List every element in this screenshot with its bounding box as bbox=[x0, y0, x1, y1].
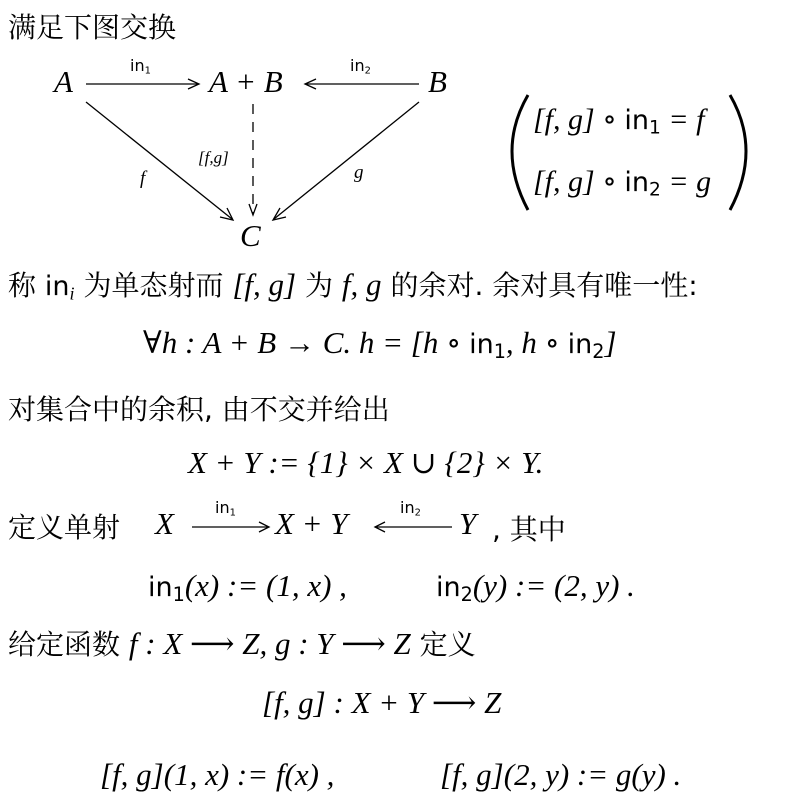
paragraph-given-functions: 给定函数 f : X ⟶ Z, g : Y ⟶ Z 定义 bbox=[8, 624, 476, 665]
copair-signature: [f, g] : X + Y ⟶ Z bbox=[262, 685, 501, 721]
inline-sum: X + Y bbox=[275, 506, 348, 542]
inline-label-in2: in2 bbox=[400, 498, 421, 518]
inline-label-in1: in1 bbox=[215, 498, 236, 518]
inline-y: Y bbox=[459, 506, 476, 542]
injection-definitions: in1(x) := (1, x) , bbox=[148, 568, 347, 606]
copair-definition-2: [f, g](2, y) := g(y) . bbox=[440, 757, 681, 793]
copair-definition-1: [f, g](1, x) := f(x) , bbox=[100, 757, 334, 793]
inline-arrows bbox=[0, 0, 808, 800]
injection-definition-2: in2(y) := (2, y) . bbox=[436, 568, 635, 606]
inline-qizhong: , 其中 bbox=[492, 508, 566, 548]
